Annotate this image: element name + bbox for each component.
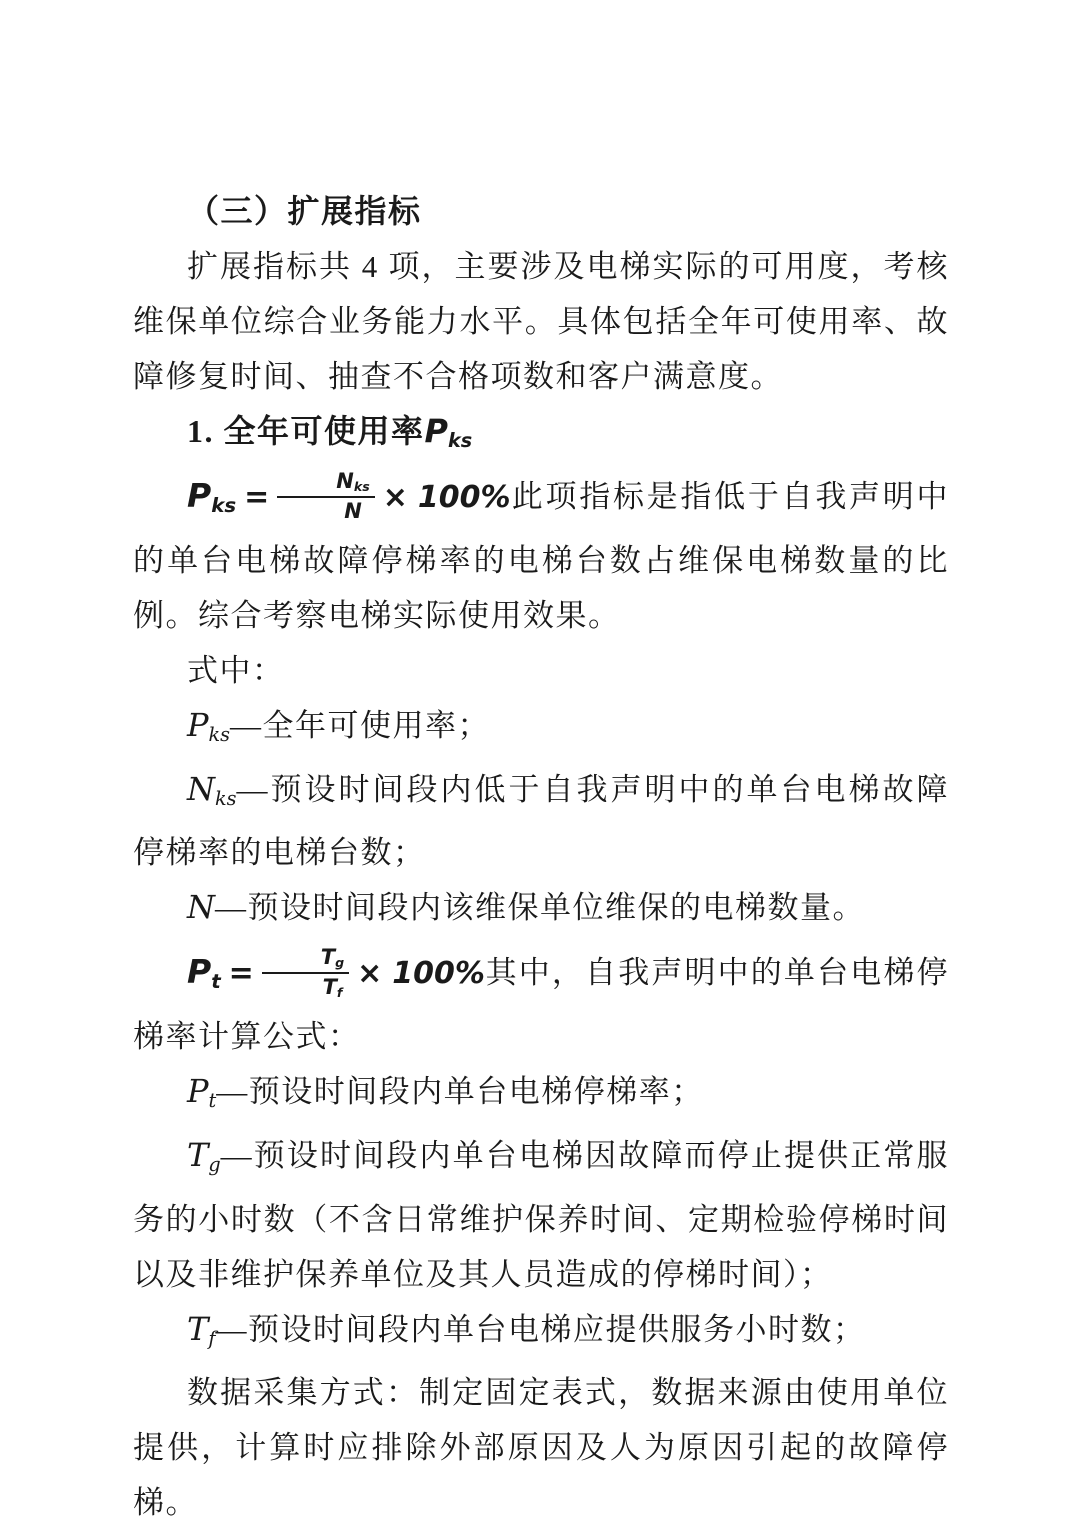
formula-pks-paragraph: Pks=NksN×100%此项指标是指低于自我声明中的单台电梯故障停梯率的电梯台… [133,468,949,643]
variable-base: P [187,952,211,991]
subsection-heading-text: 1. 全年可使用率 [187,413,425,449]
subsection-heading: 1. 全年可使用率Pks [133,404,949,468]
variable-subscript: g [208,1153,220,1176]
variable-base: P [425,412,448,450]
variable-subscript: ks [211,494,236,517]
fraction-numerator: Tg [262,945,349,974]
formula-value: 100% [418,480,511,515]
formula-intro-line: 式中： [133,643,949,698]
variable-base: T [323,975,337,999]
variable-base: T [187,1310,208,1348]
variable-base: N [187,888,215,926]
formula-lhs: Pks [187,476,236,515]
definition-text: —预设时间段内单台电梯停梯率； [216,1074,704,1109]
definition-variable: Nks [187,770,236,808]
definition-variable: Pt [187,1072,216,1110]
variable-subscript: ks [215,786,236,809]
definition-variable: N [187,888,215,926]
formula-pt: Pt=TgTf×100% [187,955,485,991]
formula-value: 100% [392,956,485,991]
fraction: NksN [277,469,374,524]
variable-subscript: ks [448,429,472,452]
variable-base: P [187,1072,209,1110]
formula-pt-paragraph: Pt=TgTf×100%其中，自我声明中的单台电梯停梯率计算公式： [133,944,949,1064]
definition-tf: Tf—预设时间段内单台电梯应提供服务小时数； [133,1302,949,1366]
intro-paragraph: 扩展指标共 4 项，主要涉及电梯实际的可用度，考核维保单位综合业务能力水平。具体… [133,239,949,404]
multiply-sign: × [357,956,382,991]
definition-variable: Pks [187,706,230,744]
variable-base: T [321,945,335,969]
definition-tg: Tg—预设时间段内单台电梯因故障而停止提供正常服务的小时数（不含日常维护保养时间… [133,1128,949,1302]
multiply-sign: × [383,480,408,515]
fraction-denominator: Tf [262,974,349,1001]
definition-text: —预设时间段内该维保单位维保的电梯数量。 [215,890,865,925]
fraction-numerator: Nks [277,469,374,498]
subsection-variable: Pks [425,412,473,450]
variable-base: N [336,469,354,493]
document-content: （三）扩展指标 扩展指标共 4 项，主要涉及电梯实际的可用度，考核维保单位综合业… [0,0,1080,1527]
fraction-denominator: N [277,498,374,523]
definition-text: —全年可使用率； [230,708,490,743]
definition-text: —预设时间段内低于自我声明中的单台电梯故障停梯率的电梯台数； [133,772,949,871]
variable-subscript: ks [209,723,230,746]
variable-subscript: g [335,955,344,970]
variable-base: P [187,476,211,515]
formula-pks: Pks=NksN×100% [187,479,511,515]
section-heading: （三）扩展指标 [133,184,949,239]
document-page: （三）扩展指标 扩展指标共 4 项，主要涉及电梯实际的可用度，考核维保单位综合业… [0,0,1080,1527]
variable-base: P [187,706,209,744]
definition-variable: Tf [187,1310,215,1348]
definition-text: —预设时间段内单台电梯应提供服务小时数； [215,1312,865,1347]
equals-sign: = [244,480,269,515]
variable-subscript: t [211,970,220,993]
variable-subscript: ks [354,480,370,495]
variable-base: T [187,1136,208,1174]
variable-base: N [187,770,215,808]
definition-pt: Pt—预设时间段内单台电梯停梯率； [133,1064,949,1128]
closing-paragraph: 数据采集方式：制定固定表式，数据来源由使用单位提供，计算时应排除外部原因及人为原… [133,1365,949,1527]
definition-text: —预设时间段内单台电梯因故障而停止提供正常服务的小时数（不含日常维护保养时间、定… [133,1138,949,1292]
definition-n: N—预设时间段内该维保单位维保的电梯数量。 [133,880,949,944]
definition-nks: Nks—预设时间段内低于自我声明中的单台电梯故障停梯率的电梯台数； [133,762,949,881]
fraction: TgTf [262,945,349,1000]
equals-sign: = [229,956,254,991]
variable-subscript: f [337,985,342,1000]
formula-lhs: Pt [187,952,221,991]
definition-pks: Pks—全年可使用率； [133,698,949,762]
definition-variable: Tg [187,1136,221,1174]
